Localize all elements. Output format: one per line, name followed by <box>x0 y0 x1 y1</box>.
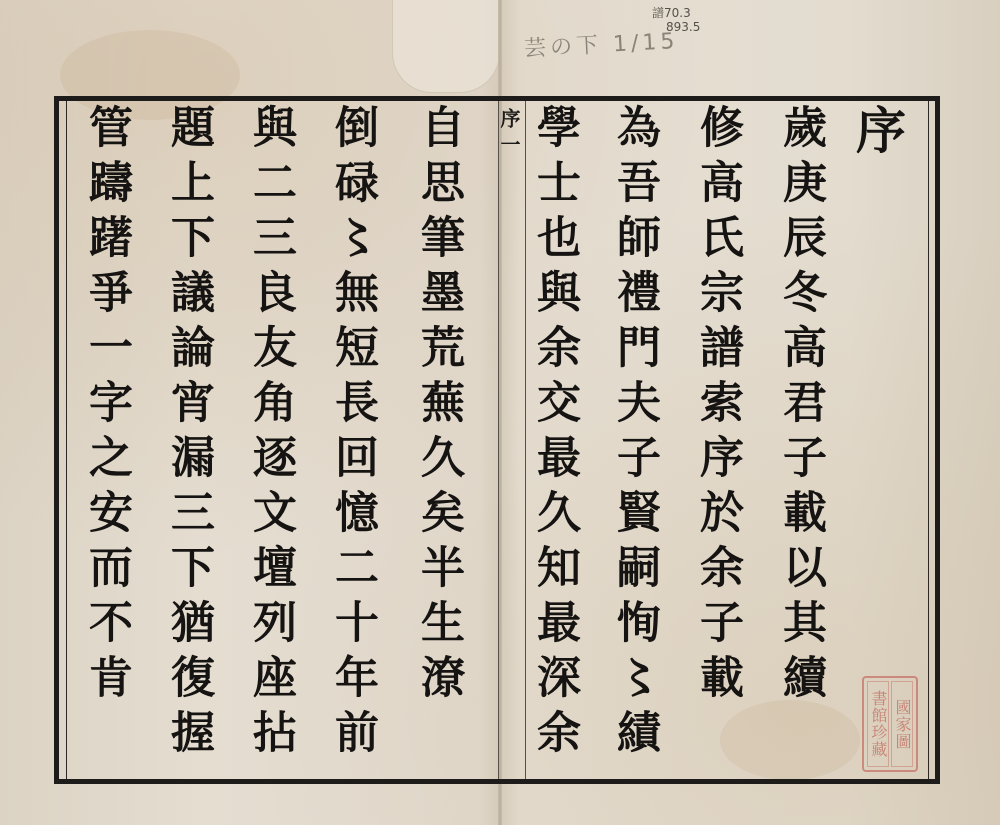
text-column-l2: 倒碌〻無短長回憶二十年前 <box>330 104 374 780</box>
text-column-l1: 自思筆墨荒蕪久矣半生潦 <box>416 104 460 780</box>
book-spread: 芸の下 1/15 譜70.3 893.5 序一 序 歲庚辰冬高君子載以其續 修高… <box>0 0 1000 825</box>
call-number: 譜70.3 893.5 <box>652 6 700 34</box>
fold-line-right <box>525 101 526 779</box>
library-seal: 國家圖 書館珍藏 <box>862 676 918 772</box>
text-column-r3: 為吾師禮門夫子賢嗣恂〻績 <box>612 104 656 780</box>
text-column-l4: 題上下議論宵漏三下猶復握 <box>166 104 210 780</box>
text-column-r4: 學士也與余交最久知最深余 <box>532 104 576 780</box>
seal-text-left: 書館珍藏 <box>867 681 889 767</box>
inner-border-left <box>66 101 67 779</box>
fold-line-left <box>498 101 499 779</box>
call-number-line1: 譜70.3 <box>652 6 700 20</box>
center-fold-label: 序一 <box>500 108 524 160</box>
call-number-line2: 893.5 <box>652 20 700 34</box>
text-column-r2: 修高氏宗譜索序於余子載 <box>695 104 739 780</box>
inner-border-right <box>928 101 929 779</box>
text-column-l3: 與二三良友角逐文壇列座拈 <box>248 104 292 780</box>
seal-text-right: 國家圖 <box>891 681 913 767</box>
text-column-l5: 管躊躇爭一字之安而不肯 <box>84 104 128 780</box>
page-tab <box>392 0 500 93</box>
text-column-r1: 歲庚辰冬高君子載以其續 <box>778 104 822 780</box>
